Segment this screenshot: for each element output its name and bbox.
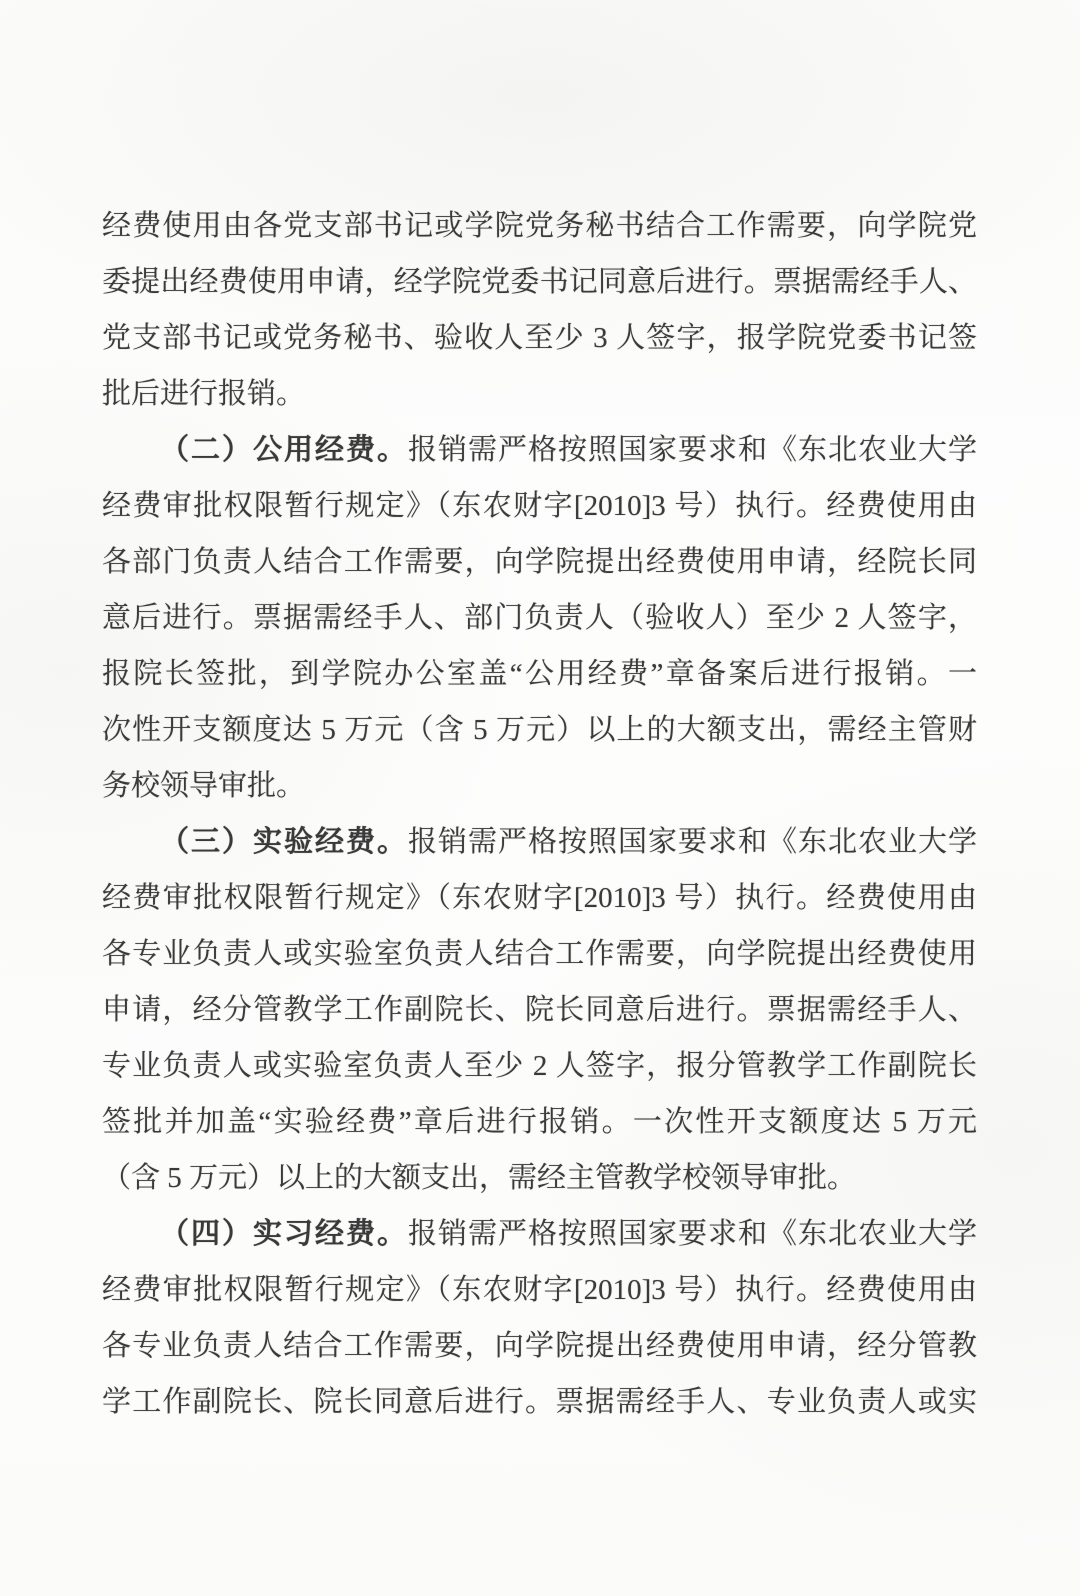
text-line: 报院长签批，到学院办公室盖“公用经费”章备案后进行报销。一 (102, 646, 977, 702)
text-line: 各部门负责人结合工作需要，向学院提出经费使用申请，经院长同 (102, 534, 977, 590)
text-line: （三）实验经费。报销需严格按照国家要求和《东北农业大学 (102, 814, 977, 870)
text-line: 意后进行。票据需经手人、部门负责人（验收人）至少 2 人签字， (102, 590, 977, 646)
text-line: 党支部书记或党务秘书、验收人至少 3 人签字，报学院党委书记签 (102, 310, 977, 366)
text-line: 经费审批权限暂行规定》（东农财字[2010]3 号）执行。经费使用由 (102, 478, 977, 534)
paragraph-heading: （二）公用经费。 (160, 434, 408, 466)
text-line: 专业负责人或实验室负责人至少 2 人签字，报分管教学工作副院长 (102, 1038, 977, 1094)
text-line: 委提出经费使用申请，经学院党委书记同意后进行。票据需经手人、 (102, 254, 977, 310)
text-line: 经费审批权限暂行规定》（东农财字[2010]3 号）执行。经费使用由 (102, 1262, 977, 1318)
text-line: （含 5 万元）以上的大额支出，需经主管教学校领导审批。 (102, 1150, 977, 1206)
document-text-block: 经费使用由各党支部书记或学院党务秘书结合工作需要，向学院党委提出经费使用申请，经… (102, 198, 977, 1430)
paragraph-heading: （四）实习经费。 (160, 1218, 408, 1250)
text-line: 申请，经分管教学工作副院长、院长同意后进行。票据需经手人、 (102, 982, 977, 1038)
text-line: 经费使用由各党支部书记或学院党务秘书结合工作需要，向学院党 (102, 198, 977, 254)
scanned-document-page: 经费使用由各党支部书记或学院党务秘书结合工作需要，向学院党委提出经费使用申请，经… (0, 0, 1080, 1596)
paragraph-heading: （三）实验经费。 (160, 826, 408, 858)
text-line: 批后进行报销。 (102, 366, 977, 422)
text-line: （四）实习经费。报销需严格按照国家要求和《东北农业大学 (102, 1206, 977, 1262)
text-line: 务校领导审批。 (102, 758, 977, 814)
text-line: 签批并加盖“实验经费”章后进行报销。一次性开支额度达 5 万元 (102, 1094, 977, 1150)
text-line: 学工作副院长、院长同意后进行。票据需经手人、专业负责人或实 (102, 1374, 977, 1430)
text-line: 经费审批权限暂行规定》（东农财字[2010]3 号）执行。经费使用由 (102, 870, 977, 926)
text-line: 各专业负责人结合工作需要，向学院提出经费使用申请，经分管教 (102, 1318, 977, 1374)
text-line: （二）公用经费。报销需严格按照国家要求和《东北农业大学 (102, 422, 977, 478)
text-line: 次性开支额度达 5 万元（含 5 万元）以上的大额支出，需经主管财 (102, 702, 977, 758)
text-line: 各专业负责人或实验室负责人结合工作需要，向学院提出经费使用 (102, 926, 977, 982)
